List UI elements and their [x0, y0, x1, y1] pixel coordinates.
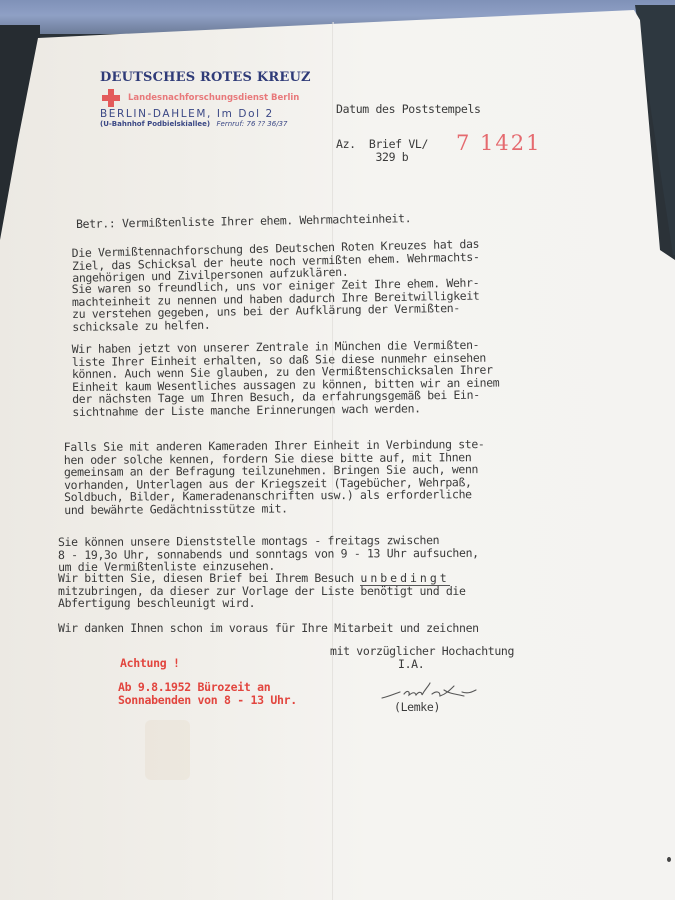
paragraph-5-office-hours: Sie können unsere Dienststelle montags -… [58, 534, 479, 574]
paper-stain [145, 720, 190, 780]
paragraph-7-thanks: Wir danken Ihnen schon im voraus für Ihr… [58, 622, 479, 635]
letterhead-phone: Fernruf: 76 ?? 36/37 [216, 120, 287, 128]
notice-line-1: Ab 9.8.1952 Bürozeit an [118, 680, 270, 694]
stamp-number: 7 1421 [456, 131, 541, 155]
notice-stamp: Ab 9.8.1952 Bürozeit an Sonnabenden von … [118, 681, 297, 707]
notice-title: Achtung ! [120, 656, 180, 670]
reference-line-2: 329 b [375, 150, 408, 164]
paragraph-3: Wir haben jetzt von unserer Zentrale in … [72, 339, 500, 418]
date-line: Datum des Poststempels [336, 103, 481, 116]
letterhead-department-row: Landesnachforschungsdienst Berlin [100, 89, 320, 107]
closing-salutation: mit vorzüglicher Hochachtung [330, 645, 514, 658]
letterhead: DEUTSCHES ROTES KREUZ Landesnachforschun… [100, 70, 320, 128]
letterhead-address: BERLIN-DAHLEM, Im Dol 2 [100, 108, 320, 120]
department-name: Landesnachforschungsdienst Berlin [128, 93, 299, 103]
notice-line-2: Sonnabenden von 8 - 13 Uhr. [118, 693, 297, 707]
closing-ia: I.A. [398, 658, 424, 671]
letterhead-contact: (U-Bahnhof Podbielskiallee) Fernruf: 76 … [100, 120, 320, 128]
paragraph-2: Sie waren so freundlich, uns vor einiger… [72, 277, 480, 333]
letterhead-station: (U-Bahnhof Podbielskiallee) [100, 120, 210, 128]
organization-name: DEUTSCHES ROTES KREUZ [100, 70, 320, 85]
paragraph-4: Falls Sie mit anderen Kameraden Ihrer Ei… [64, 438, 485, 516]
reference-block: Az. Brief VL/ 329 b [336, 138, 428, 163]
signatory-name: (Lemke) [394, 701, 440, 714]
red-cross-icon [102, 89, 120, 107]
paper-speck [667, 857, 671, 862]
paragraph-6-bring-letter: Wir bitten Sie, diesen Brief bei Ihrem B… [58, 572, 466, 610]
